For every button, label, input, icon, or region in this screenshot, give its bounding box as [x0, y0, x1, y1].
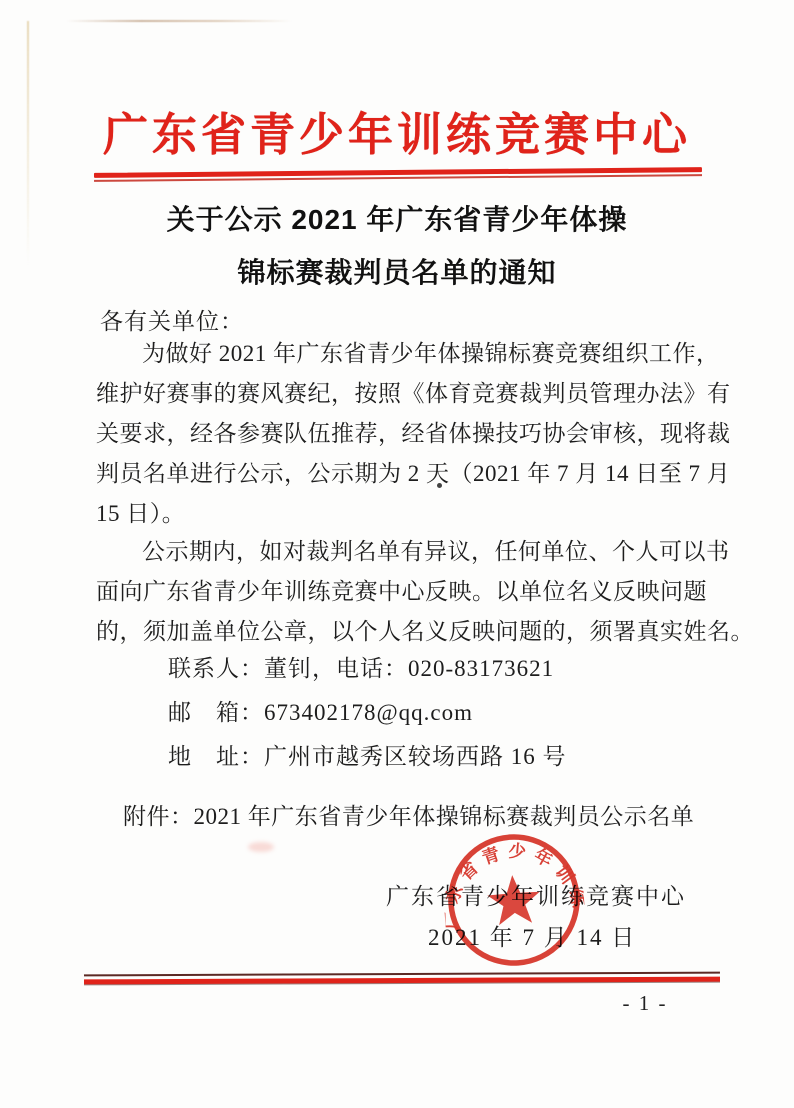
paragraph-2-line: 公示期内，如对裁判名单有异议，任何单位、个人可以书	[96, 532, 702, 572]
scan-artifact-horizontal-line	[66, 20, 292, 22]
paragraph-2: 公示期内，如对裁判名单有异议，任何单位、个人可以书 面向广东省青少年训练竞赛中心…	[96, 532, 702, 652]
document-title-line1: 关于公示 2021 年广东省青少年体操	[0, 198, 794, 238]
letterhead-org-name: 广东省青少年训练竞赛中心	[0, 98, 794, 163]
footer-separator-line	[84, 972, 720, 985]
paragraph-1-line: 15 日）。	[96, 494, 702, 534]
scanned-notice-page: 广东省青少年训练竞赛中心 关于公示 2021 年广东省青少年体操 锦标赛裁判员名…	[0, 0, 794, 1108]
paragraph-1-line: 判员名单进行公示，公示期为 2 天（2021 年 7 月 14 日至 7 月	[96, 454, 702, 494]
document-title-line2: 锦标赛裁判员名单的通知	[0, 251, 794, 291]
paragraph-1-line: 为做好 2021 年广东省青少年体操锦标赛竞赛组织工作，	[96, 334, 702, 374]
attachment-line: 附件：2021 年广东省青少年体操锦标赛裁判员公示名单	[123, 798, 694, 831]
paragraph-1-line: 维护好赛事的赛风赛纪，按照《体育竞赛裁判员管理办法》有	[96, 374, 702, 414]
paragraph-1-line: 关要求，经各参赛队伍推荐，经省体操技巧协会审核，现将裁	[96, 414, 702, 454]
paragraph-2-line: 面向广东省青少年训练竞赛中心反映。以单位名义反映问题	[96, 572, 702, 612]
signature-org-name: 广东省青少年训练竞赛中心	[386, 878, 686, 911]
signature-date: 2021 年 7 月 14 日	[428, 919, 636, 952]
contact-email-line: 邮 箱：673402178@qq.com	[168, 694, 473, 727]
page-number: - 1 -	[600, 991, 690, 1016]
paragraph-1: 为做好 2021 年广东省青少年体操锦标赛竞赛组织工作， 维护好赛事的赛风赛纪，…	[96, 334, 702, 534]
scan-artifact-red-smudge	[248, 842, 274, 852]
contact-person-line: 联系人：董钊，电话：020-83173621	[168, 650, 554, 683]
letterhead-separator-line	[94, 167, 702, 183]
contact-address-line: 地 址：广州市越秀区较场西路 16 号	[168, 738, 567, 771]
salutation: 各有关单位：	[100, 303, 244, 336]
paragraph-2-line: 的，须加盖单位公章，以个人名义反映问题的，须署真实姓名。	[96, 612, 702, 652]
